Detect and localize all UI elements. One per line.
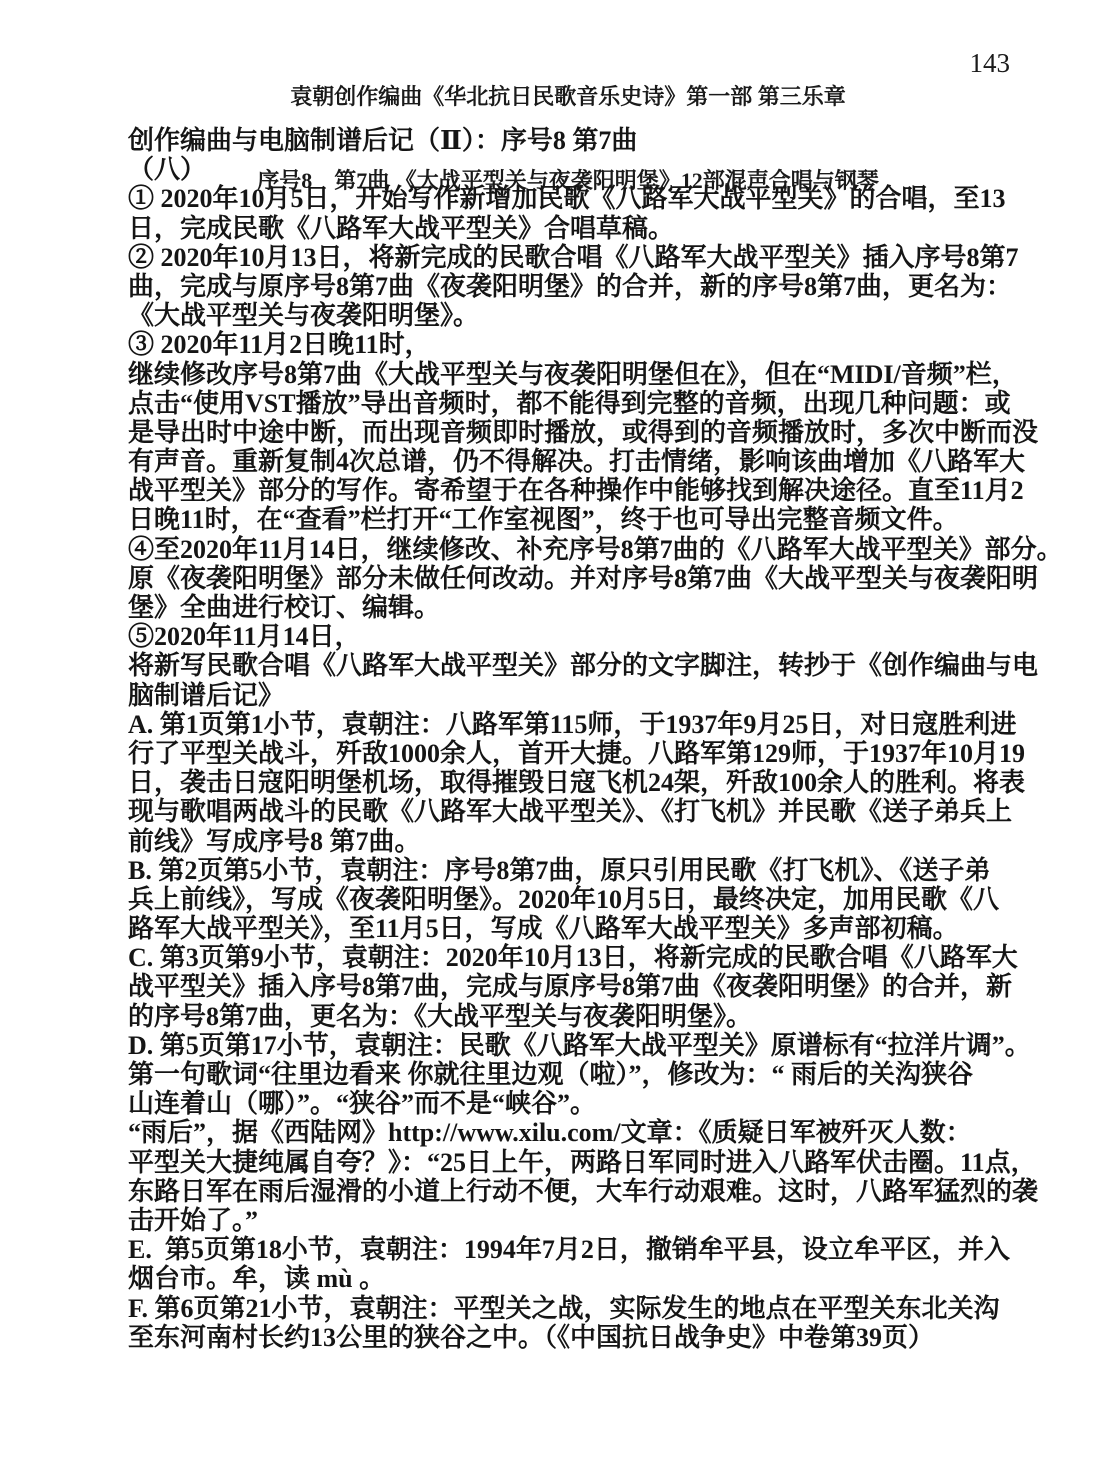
text-line: 日晚11时，在“查看”栏打开“工作室视图”，终于也可导出完整音频文件。 bbox=[128, 505, 1036, 534]
text-line: ⑤2020年11月14日， bbox=[128, 622, 1036, 651]
text-line: 至东河南村长约13公里的狭谷之中。（《中国抗日战争史》中卷第39页） bbox=[128, 1323, 1036, 1352]
text-line: 有声音。重新复制4次总谱，仍不得解决。打击情绪，影响该曲增加《八路军大 bbox=[128, 447, 1036, 476]
text-line: 创作编曲与电脑制谱后记（Ⅱ）：序号8 第7曲 bbox=[128, 126, 1036, 155]
text-line: 继续修改序号8第7曲《大战平型关与夜袭阳明堡但在》，但在“MIDI/音频”栏， bbox=[128, 360, 1036, 389]
text-line: 平型关大捷纯属自夸？》：“25日上午，两路日军同时进入八路军伏击圈。11点， bbox=[128, 1148, 1036, 1177]
text-line: B. 第2页第5小节，袁朝注：序号8第7曲，原只引用民歌《打飞机》、《送子弟 bbox=[128, 856, 1036, 885]
text-line: D. 第5页第17小节，袁朝注：民歌《八路军大战平型关》原谱标有“拉洋片调”。 bbox=[128, 1031, 1036, 1060]
text-line: 曲，完成与原序号8第7曲《夜袭阳明堡》的合并，新的序号8第7曲，更名为： bbox=[128, 272, 1036, 301]
text-line: 战平型关》插入序号8第7曲，完成与原序号8第7曲《夜袭阳明堡》的合并，新 bbox=[128, 972, 1036, 1001]
text-line: 山连着山（哪）”。“狭谷”而不是“峡谷”。 bbox=[128, 1089, 1036, 1118]
text-line: 《大战平型关与夜袭阳明堡》。 bbox=[128, 301, 1036, 330]
text-line: 是导出时中途中断，而出现音频即时播放，或得到的音频播放时，多次中断而没 bbox=[128, 418, 1036, 447]
text-line: 现与歌唱两战斗的民歌《八路军大战平型关》、《打飞机》并民歌《送子弟兵上 bbox=[128, 797, 1036, 826]
text-line: ④至2020年11月14日，继续修改、补充序号8第7曲的《八路军大战平型关》部分… bbox=[128, 535, 1036, 564]
text-line: 前线》写成序号8 第7曲。 bbox=[128, 827, 1036, 856]
text-line: 将新写民歌合唱《八路军大战平型关》部分的文字脚注，转抄于《创作编曲与电 bbox=[128, 651, 1036, 680]
text-line: 击开始了。” bbox=[128, 1206, 1036, 1235]
text-line: 日，完成民歌《八路军大战平型关》合唱草稿。 bbox=[128, 214, 1036, 243]
text-line: E. 第5页第18小节，袁朝注：1994年7月2日，撤销牟平县，设立牟平区，并入 bbox=[128, 1235, 1036, 1264]
text-line: 的序号8第7曲，更名为：《大战平型关与夜袭阳明堡》。 bbox=[128, 1002, 1036, 1031]
text-line: A. 第1页第1小节，袁朝注：八路军第115师，于1937年9月25日，对日寇胜… bbox=[128, 710, 1036, 739]
text-line: 东路日军在雨后湿滑的小道上行动不便，大车行动艰难。这时，八路军猛烈的袭 bbox=[128, 1177, 1036, 1206]
text-line: 点击“使用VST播放”导出音频时，都不能得到完整的音频，出现几种问题：或 bbox=[128, 389, 1036, 418]
text-line: 兵上前线》，写成《夜袭阳明堡》。2020年10月5日，最终决定，加用民歌《八 bbox=[128, 885, 1036, 914]
text-line: 行了平型关战斗，歼敌1000余人，首开大捷。八路军第129师，于1937年10月… bbox=[128, 739, 1036, 768]
text-line: ① 2020年10月5日，开始写作新增加民歌《八路军大战平型关》的合唱，至13 bbox=[128, 184, 1036, 213]
text-line: 战平型关》部分的写作。寄希望于在各种操作中能够找到解决途径。直至11月2 bbox=[128, 476, 1036, 505]
header-line-1: 袁朝创作编曲《华北抗日民歌音乐史诗》第一部 第三乐章 bbox=[128, 83, 1008, 111]
text-line: “雨后”，据《西陆网》http://www.xilu.com/文章：《质疑日军被… bbox=[128, 1118, 1036, 1147]
page-number: 143 bbox=[970, 48, 1011, 78]
text-line: C. 第3页第9小节，袁朝注：2020年10月13日，将新完成的民歌合唱《八路军… bbox=[128, 943, 1036, 972]
text-line: F. 第6页第21小节，袁朝注：平型关之战，实际发生的地点在平型关东北关沟 bbox=[128, 1294, 1036, 1323]
document-page: 袁朝创作编曲《华北抗日民歌音乐史诗》第一部 第三乐章 序号8 第7曲 《大战平型… bbox=[0, 0, 1100, 1463]
text-line: ③ 2020年11月2日晚11时， bbox=[128, 330, 1036, 359]
text-line: 烟台市。牟，读 mù 。 bbox=[128, 1264, 1036, 1293]
text-line: 脑制谱后记》 bbox=[128, 681, 1036, 710]
text-line: 第一句歌词“往里边看来 你就往里边观（啦）”，修改为：“ 雨后的关沟狭谷 bbox=[128, 1060, 1036, 1089]
text-line: ② 2020年10月13日，将新完成的民歌合唱《八路军大战平型关》插入序号8第7 bbox=[128, 243, 1036, 272]
body-text: 创作编曲与电脑制谱后记（Ⅱ）：序号8 第7曲（八）① 2020年10月5日，开始… bbox=[128, 126, 1036, 1352]
text-line: 堡》全曲进行校订、编辑。 bbox=[128, 593, 1036, 622]
text-line: 日，袭击日寇阳明堡机场，取得摧毁日寇飞机24架，歼敌100余人的胜利。将表 bbox=[128, 768, 1036, 797]
text-line: （八） bbox=[128, 155, 1036, 184]
text-line: 路军大战平型关》，至11月5日，写成《八路军大战平型关》多声部初稿。 bbox=[128, 914, 1036, 943]
text-line: 原《夜袭阳明堡》部分未做任何改动。并对序号8第7曲《大战平型关与夜袭阳明 bbox=[128, 564, 1036, 593]
